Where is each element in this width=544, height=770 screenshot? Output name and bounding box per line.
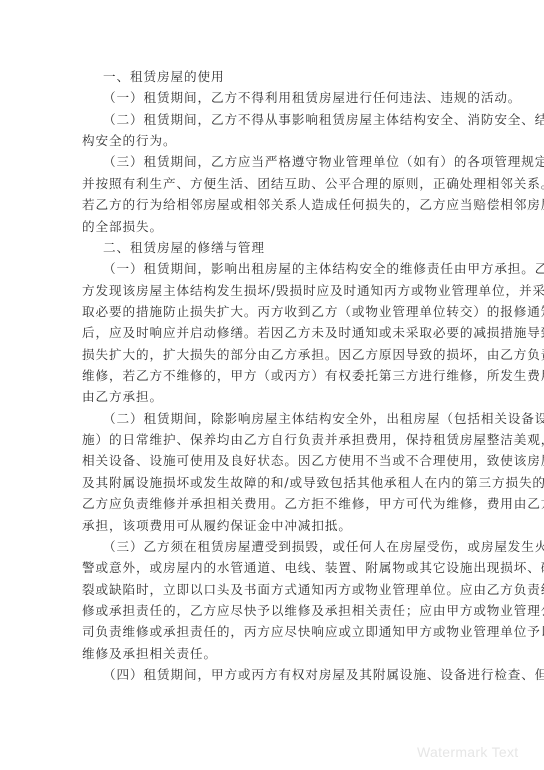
text-line: 施）的日常维护、保养均由乙方自行负责并承担费用，保持租赁房屋整洁美观， xyxy=(82,429,464,450)
text-line: 裂或缺陷时，立即以口头及书面方式通知丙方或物业管理单位。应由乙方负责维 xyxy=(82,579,464,600)
text-line: （二）租赁期间，除影响房屋主体结构安全外，出租房屋（包括相关设备设 xyxy=(82,408,464,429)
text-line: 乙方应负责维修并承担相关费用。乙方拒不维修，甲方可代为维修，费用由乙方 xyxy=(82,493,464,514)
text-line: 承担，该项费用可从履约保证金中冲减扣抵。 xyxy=(82,515,464,536)
text-line: 维修，若乙方不维修的，甲方（或丙方）有权委托第三方进行维修，所发生费用 xyxy=(82,365,464,386)
text-line: 的全部损失。 xyxy=(82,216,464,237)
text-line: 相关设备、设施可使用及良好状态。因乙方使用不当或不合理使用，致使该房屋 xyxy=(82,450,464,471)
text-line: 警或意外，或房屋内的水管通道、电线、装置、附属物或其它设施出现损坏、破 xyxy=(82,557,464,578)
text-line: 取必要的措施防止损失扩大。丙方收到乙方（或物业管理单位转交）的报修通知 xyxy=(82,301,464,322)
text-line: 构安全的行为。 xyxy=(82,130,464,151)
text-line: （一）租赁期间，乙方不得利用租赁房屋进行任何违法、违规的活动。 xyxy=(82,87,464,108)
text-line: 维修及承担相关责任。 xyxy=(82,643,464,664)
text-line: 二、租赁房屋的修缮与管理 xyxy=(82,237,464,258)
text-line: 损失扩大的，扩大损失的部分由乙方承担。因乙方原因导致的损坏，由乙方负责 xyxy=(82,344,464,365)
text-line: 若乙方的行为给相邻房屋或相邻关系人造成任何损失的，乙方应当赔偿相邻房屋 xyxy=(82,194,464,215)
text-line: （四）租赁期间，甲方或丙方有权对房屋及其附属设施、设备进行检查、但 xyxy=(82,664,464,685)
text-line: （一）租赁期间，影响出租房屋的主体结构安全的维修责任由甲方承担。乙 xyxy=(82,258,464,279)
watermark: Watermark Text xyxy=(417,744,518,760)
text-line: 并按照有利生产、方便生活、团结互助、公平合理的原则，正确处理相邻关系。 xyxy=(82,173,464,194)
text-line: （三）租赁期间，乙方应当严格遵守物业管理单位（如有）的各项管理规定， xyxy=(82,151,464,172)
text-line: 方发现该房屋主体结构发生损坏/毁损时应及时通知丙方或物业管理单位，并采 xyxy=(82,280,464,301)
text-line: 由乙方承担。 xyxy=(82,386,464,407)
text-line: （二）租赁期间，乙方不得从事影响租赁房屋主体结构安全、消防安全、结 xyxy=(82,109,464,130)
text-line: 司负责维修或承担责任的，丙方应尽快响应或立即通知甲方或物业管理单位予以 xyxy=(82,621,464,642)
text-line: （三）乙方须在租赁房屋遭受到损毁，或任何人在房屋受伤，或房屋发生火 xyxy=(82,536,464,557)
text-line: 修或承担责任的，乙方应尽快予以维修及承担相关责任；应由甲方或物业管理公 xyxy=(82,600,464,621)
document-body: 一、租赁房屋的使用（一）租赁期间，乙方不得利用租赁房屋进行任何违法、违规的活动。… xyxy=(82,66,464,685)
text-line: 及其附属设施损坏或发生故障的和/或导致包括其他承租人在内的第三方损失的， xyxy=(82,472,464,493)
text-line: 一、租赁房屋的使用 xyxy=(82,66,464,87)
text-line: 后，应及时响应并启动修缮。若因乙方未及时通知或未采取必要的减损措施导致 xyxy=(82,322,464,343)
